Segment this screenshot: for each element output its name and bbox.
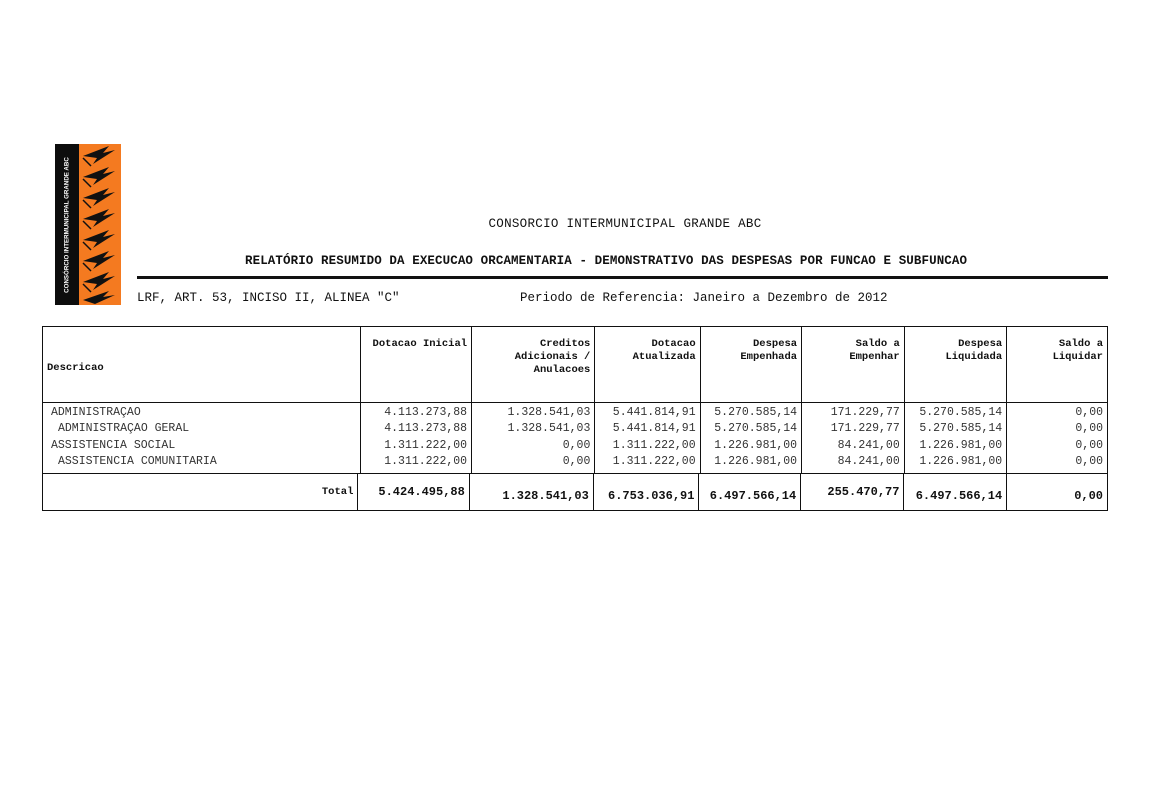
cell-dotacao-atualizada: 1.311.222,00	[595, 437, 700, 454]
column-header-line: Dotacao	[599, 338, 695, 351]
table-row: ADMINISTRAÇAO4.113.273,881.328.541,035.4…	[43, 403, 1108, 421]
total-despesa-empenhada: 6.497.566,14	[699, 474, 801, 511]
total-saldo-a-empenhar: 255.470,77	[801, 474, 904, 511]
column-header-line: Despesa	[909, 338, 1002, 351]
row-description: ASSISTENCIA SOCIAL	[43, 437, 361, 454]
row-description: ADMINISTRAÇAO GERAL	[43, 421, 361, 438]
cell-dotacao-atualizada: 5.441.814,91	[595, 421, 700, 438]
cell-dotacao-inicial: 4.113.273,88	[360, 421, 472, 438]
column-header-dotacao-atualizada: DotacaoAtualizada	[595, 327, 700, 403]
organization-title: CONSORCIO INTERMUNICIPAL GRANDE ABC	[0, 217, 1108, 231]
column-header-line: Dotacao Inicial	[365, 338, 468, 351]
column-header-saldo-a-empenhar: Saldo aEmpenhar	[802, 327, 905, 403]
total-despesa-liquidada: 6.497.566,14	[904, 474, 1007, 511]
expenses-table: DescricaoDotacao InicialCreditosAdiciona…	[42, 326, 1108, 474]
column-header-creditos-adicionais: CreditosAdicionais /Anulacoes	[472, 327, 595, 403]
report-title: RELATÓRIO RESUMIDO DA EXECUCAO ORCAMENTA…	[245, 254, 967, 268]
cell-saldo-a-empenhar: 84.241,00	[802, 454, 905, 474]
cell-creditos-adicionais: 0,00	[472, 454, 595, 474]
column-header-line: Empenhada	[705, 351, 797, 364]
column-header-line: Saldo a	[806, 338, 900, 351]
table-row: ADMINISTRAÇAO GERAL4.113.273,881.328.541…	[43, 421, 1108, 438]
total-dotacao-atualizada: 6.753.036,91	[593, 474, 699, 511]
column-header-line: Adicionais /	[476, 351, 590, 364]
cell-despesa-empenhada: 1.226.981,00	[700, 454, 801, 474]
report-page: CONSÓRCIO INTERMUNICIPAL GRANDE ABC	[0, 0, 1108, 800]
cell-creditos-adicionais: 1.328.541,03	[472, 403, 595, 421]
column-header-line: Liquidar	[1011, 351, 1103, 364]
total-label: Total	[43, 474, 358, 511]
cell-saldo-a-liquidar: 0,00	[1007, 454, 1108, 474]
column-header-line: Descricao	[47, 362, 356, 375]
column-header-despesa-empenhada: DespesaEmpenhada	[700, 327, 801, 403]
total-row: Total 5.424.495,881.328.541,036.753.036,…	[43, 474, 1108, 511]
column-header-saldo-a-liquidar: Saldo aLiquidar	[1007, 327, 1108, 403]
row-description: ADMINISTRAÇAO	[43, 403, 361, 421]
cell-dotacao-inicial: 1.311.222,00	[360, 454, 472, 474]
cell-dotacao-atualizada: 1.311.222,00	[595, 454, 700, 474]
table-header-row: DescricaoDotacao InicialCreditosAdiciona…	[43, 327, 1108, 403]
column-header-dotacao-inicial: Dotacao Inicial	[360, 327, 472, 403]
cell-despesa-empenhada: 5.270.585,14	[700, 403, 801, 421]
cell-dotacao-inicial: 4.113.273,88	[360, 403, 472, 421]
cell-despesa-liquidada: 5.270.585,14	[904, 421, 1006, 438]
cell-despesa-liquidada: 1.226.981,00	[904, 454, 1006, 474]
header-divider	[137, 276, 1108, 279]
cell-saldo-a-empenhar: 84.241,00	[802, 437, 905, 454]
total-dotacao-inicial: 5.424.495,88	[358, 474, 469, 511]
cell-despesa-liquidada: 5.270.585,14	[904, 403, 1006, 421]
legal-reference: LRF, ART. 53, INCISO II, ALINEA "C"	[137, 291, 400, 305]
column-header-despesa-liquidada: DespesaLiquidada	[904, 327, 1006, 403]
cell-dotacao-atualizada: 5.441.814,91	[595, 403, 700, 421]
column-header-line: Despesa	[705, 338, 797, 351]
reference-period: Periodo de Referencia: Janeiro a Dezembr…	[520, 291, 888, 305]
cell-creditos-adicionais: 0,00	[472, 437, 595, 454]
cell-despesa-empenhada: 1.226.981,00	[700, 437, 801, 454]
cell-despesa-liquidada: 1.226.981,00	[904, 437, 1006, 454]
column-header-line: Creditos	[476, 338, 590, 351]
cell-saldo-a-liquidar: 0,00	[1007, 421, 1108, 438]
cell-saldo-a-empenhar: 171.229,77	[802, 403, 905, 421]
column-header-line: Empenhar	[806, 351, 900, 364]
total-creditos-adicionais: 1.328.541,03	[469, 474, 593, 511]
cell-saldo-a-liquidar: 0,00	[1007, 437, 1108, 454]
column-header-line: Liquidada	[909, 351, 1002, 364]
column-header-line: Atualizada	[599, 351, 695, 364]
cell-saldo-a-empenhar: 171.229,77	[802, 421, 905, 438]
cell-saldo-a-liquidar: 0,00	[1007, 403, 1108, 421]
cell-creditos-adicionais: 1.328.541,03	[472, 421, 595, 438]
row-description: ASSISTENCIA COMUNITARIA	[43, 454, 361, 474]
column-header-descricao: Descricao	[43, 327, 361, 403]
totals-table: Total 5.424.495,881.328.541,036.753.036,…	[42, 473, 1108, 511]
table-row: ASSISTENCIA COMUNITARIA1.311.222,000,001…	[43, 454, 1108, 474]
column-header-line: Anulacoes	[476, 364, 590, 377]
cell-despesa-empenhada: 5.270.585,14	[700, 421, 801, 438]
table-row: ASSISTENCIA SOCIAL1.311.222,000,001.311.…	[43, 437, 1108, 454]
cell-dotacao-inicial: 1.311.222,00	[360, 437, 472, 454]
total-saldo-a-liquidar: 0,00	[1007, 474, 1108, 511]
column-header-line: Saldo a	[1011, 338, 1103, 351]
